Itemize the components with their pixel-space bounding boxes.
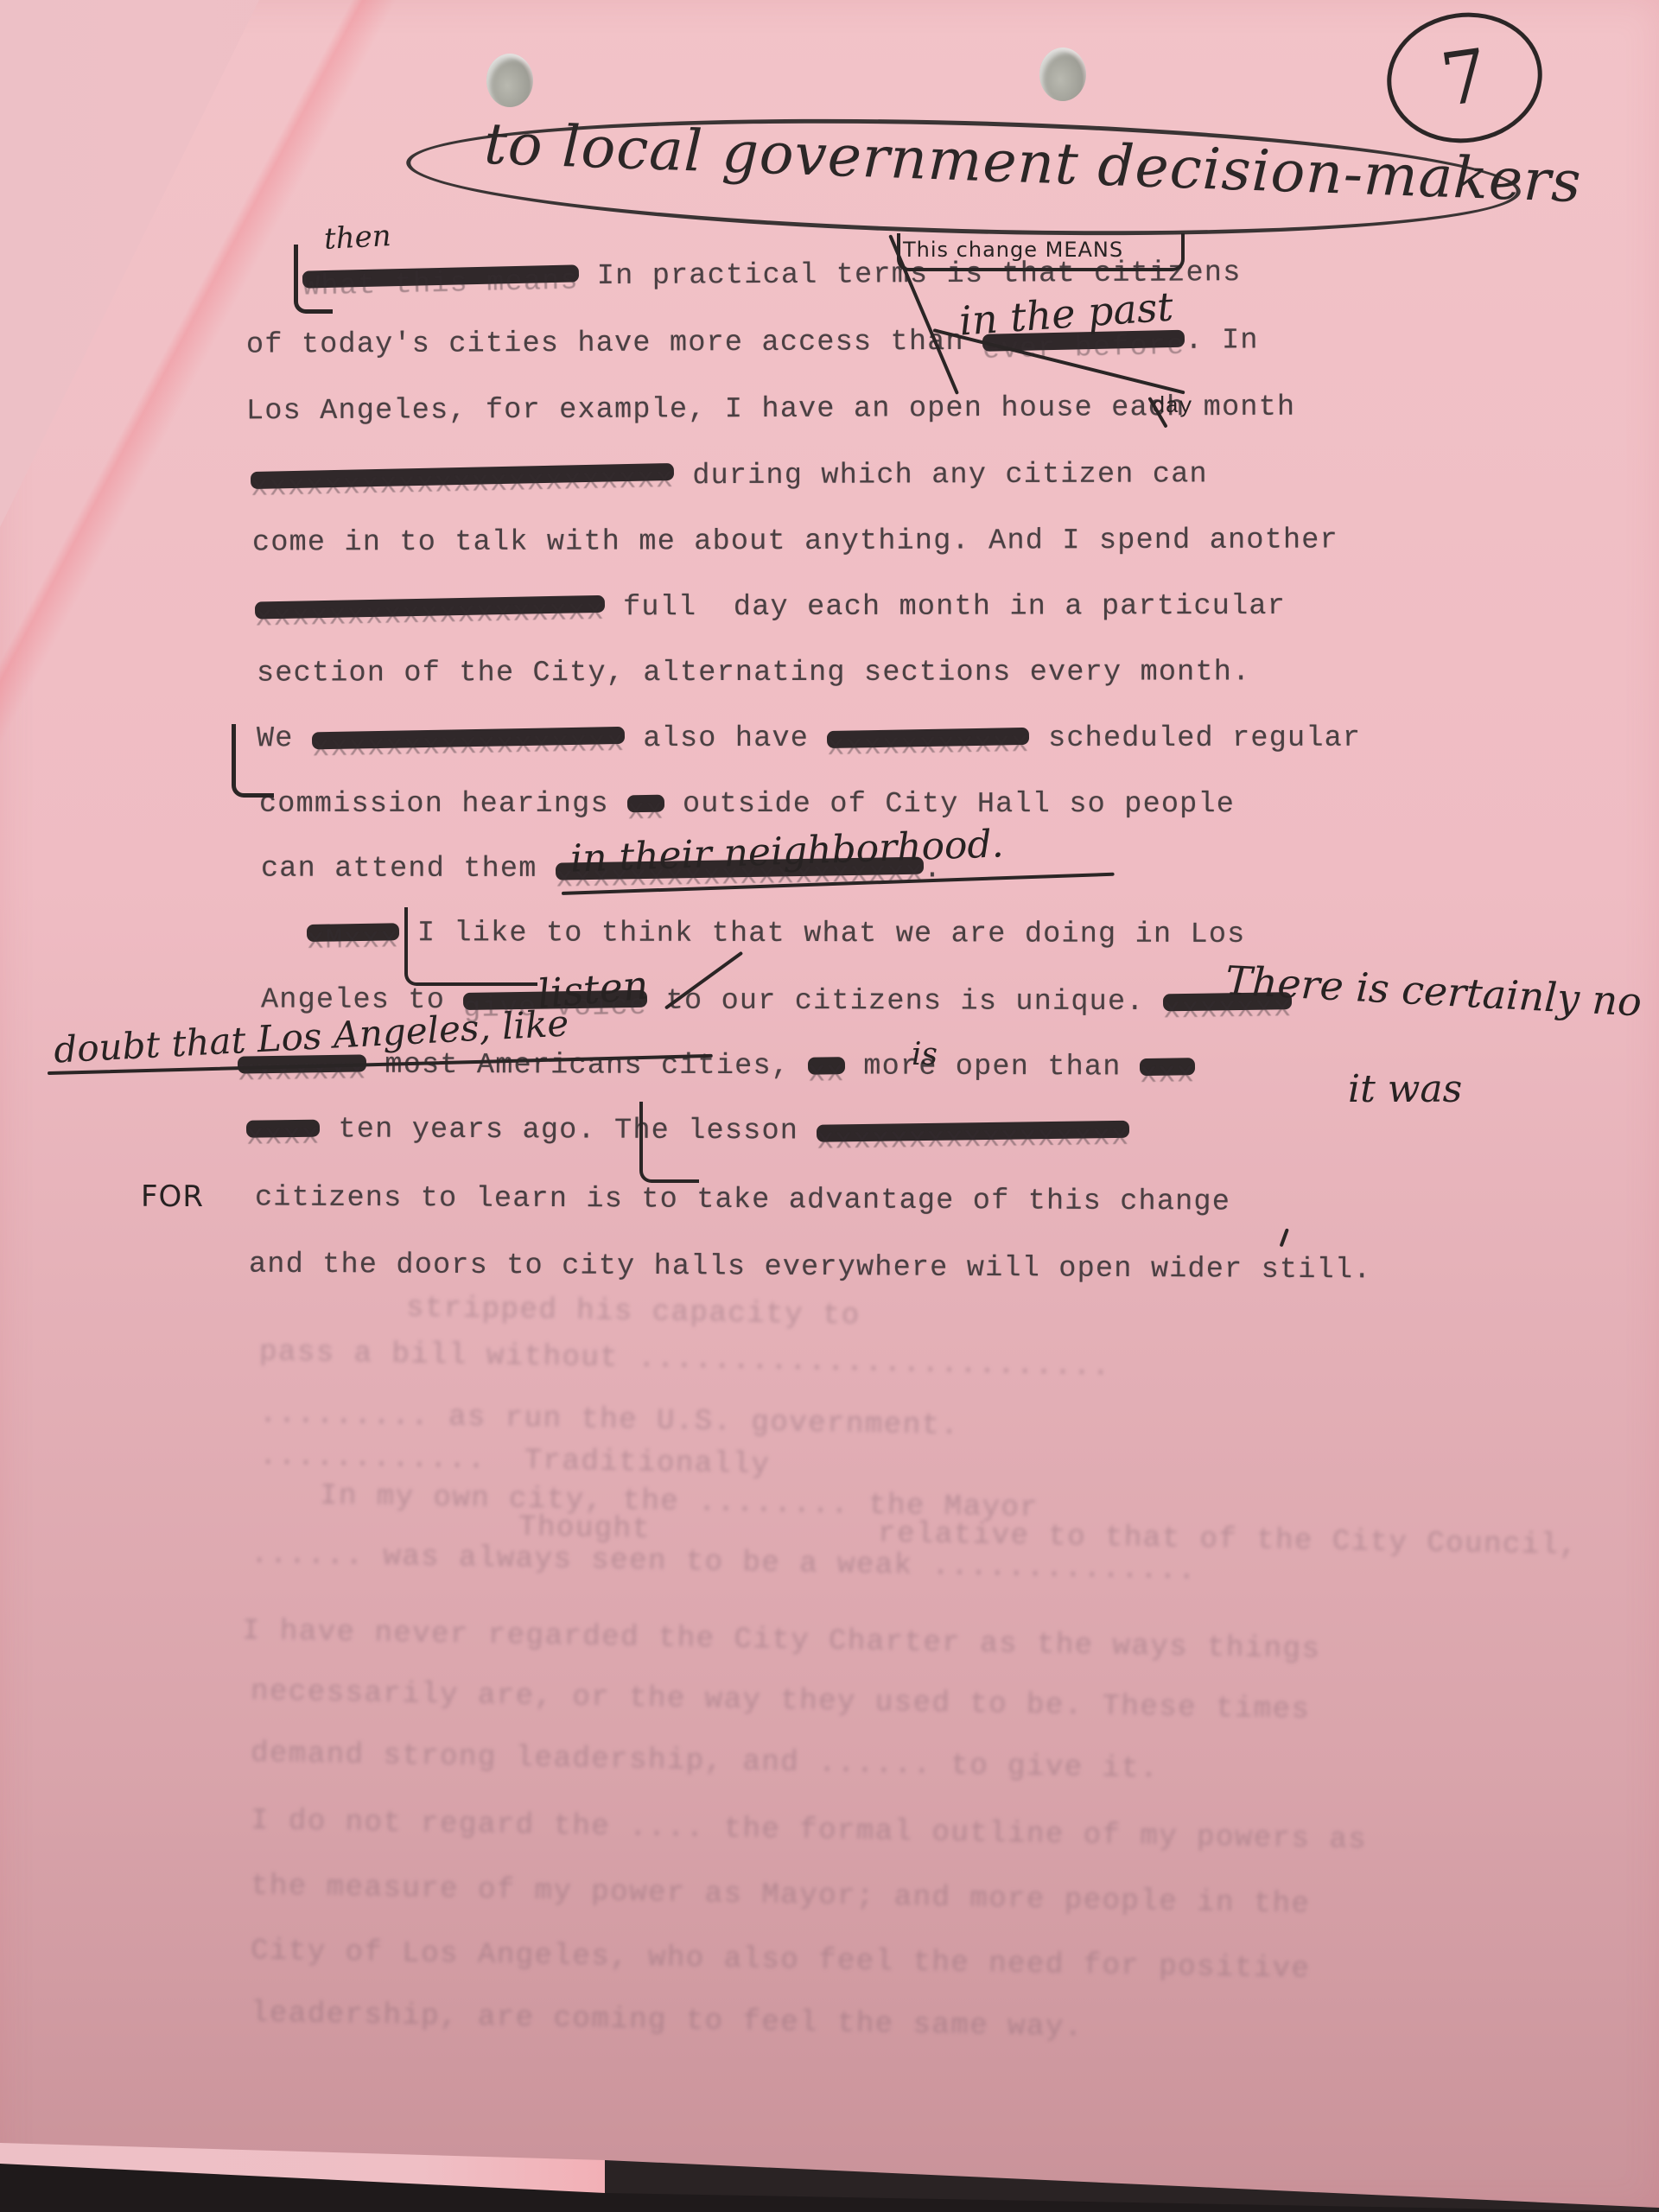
typed-line: section of the City, alternating section… bbox=[257, 656, 1250, 690]
struck-out-text: xxx bbox=[1140, 1058, 1195, 1076]
struck-out-text: xxxxxxxxxxxxxxxxx bbox=[312, 727, 625, 749]
typed-text: and the doors to city halls everywhere w… bbox=[249, 1249, 1372, 1287]
typed-line: citizens to learn is to take advantage o… bbox=[255, 1181, 1230, 1218]
typed-text: to our citizens is unique. bbox=[647, 985, 1163, 1019]
struck-out-text: xxxxxxxxxxxxxxxxxxxxxxx bbox=[251, 463, 674, 489]
typed-text: Los Angeles, for example, I have an open… bbox=[246, 391, 1295, 429]
insert-bracket-this-change bbox=[897, 233, 1185, 271]
typed-text: section of the City, alternating section… bbox=[257, 656, 1250, 690]
typed-text: can attend them bbox=[261, 853, 556, 886]
typed-text: ten years ago. The lesson bbox=[320, 1113, 817, 1147]
struck-out-text: xx bbox=[627, 795, 664, 813]
typed-text: full day each month in a particular bbox=[605, 590, 1286, 624]
typed-text: commission hearings bbox=[259, 788, 627, 821]
paragraph-bracket-2 bbox=[232, 724, 274, 798]
punch-hole-right bbox=[1039, 48, 1086, 101]
struck-out-text: xxxxxxxxxxxxxxxxx bbox=[817, 1121, 1129, 1142]
typed-text: more open than bbox=[845, 1050, 1140, 1084]
struck-out-text: What this means bbox=[302, 265, 579, 289]
paragraph-bracket-1 bbox=[294, 245, 333, 314]
handwritten-it-was: it was bbox=[1348, 1067, 1462, 1111]
paragraph-bracket-4 bbox=[404, 907, 537, 986]
typed-line: xxxxxxxxxxxxxxxxxxx full day each month … bbox=[255, 590, 1286, 625]
struck-out-text: xxxxxxxxxxxxxxxxxxx bbox=[255, 595, 605, 620]
page-number-text: 7 bbox=[1436, 33, 1494, 123]
typed-line: commission hearings xx outside of City H… bbox=[259, 788, 1235, 821]
struck-out-text: xMxxx bbox=[307, 923, 399, 942]
handwritten-then: then bbox=[323, 219, 392, 257]
typed-text: citizens to learn is to take advantage o… bbox=[255, 1181, 1230, 1218]
struck-out-text: xxxx bbox=[246, 1120, 320, 1138]
typed-text: of today's cities have more access than bbox=[246, 326, 982, 362]
typed-text: during which any citizen can bbox=[674, 458, 1208, 493]
typed-text: most Americans cities, bbox=[366, 1049, 808, 1084]
typed-line: Los Angeles, for example, I have an open… bbox=[246, 391, 1295, 429]
typed-text: outside of City Hall so people bbox=[664, 788, 1235, 821]
punch-hole-left bbox=[486, 54, 533, 107]
typed-line: xxxxxxxxxxxxxxxxxxxxxxx during which any… bbox=[251, 458, 1208, 493]
paragraph-bracket-3 bbox=[639, 1102, 699, 1183]
typed-text: also have bbox=[625, 722, 827, 755]
typed-line: come in to talk with me about anything. … bbox=[252, 524, 1338, 559]
typed-text: come in to talk with me about anything. … bbox=[252, 524, 1338, 559]
typed-line: We xxxxxxxxxxxxxxxxx also have xxxxxxxxx… bbox=[257, 722, 1361, 755]
typed-line: and the doors to city halls everywhere w… bbox=[249, 1249, 1372, 1287]
struck-out-text: xxxxxxxxxxx bbox=[827, 728, 1030, 748]
handwritten-is: is bbox=[912, 1037, 938, 1072]
typed-text: . In bbox=[1185, 324, 1258, 357]
handwritten-for: FOR bbox=[141, 1179, 204, 1214]
typed-text: scheduled regular bbox=[1030, 722, 1361, 755]
struck-out-text: xx bbox=[808, 1057, 845, 1075]
